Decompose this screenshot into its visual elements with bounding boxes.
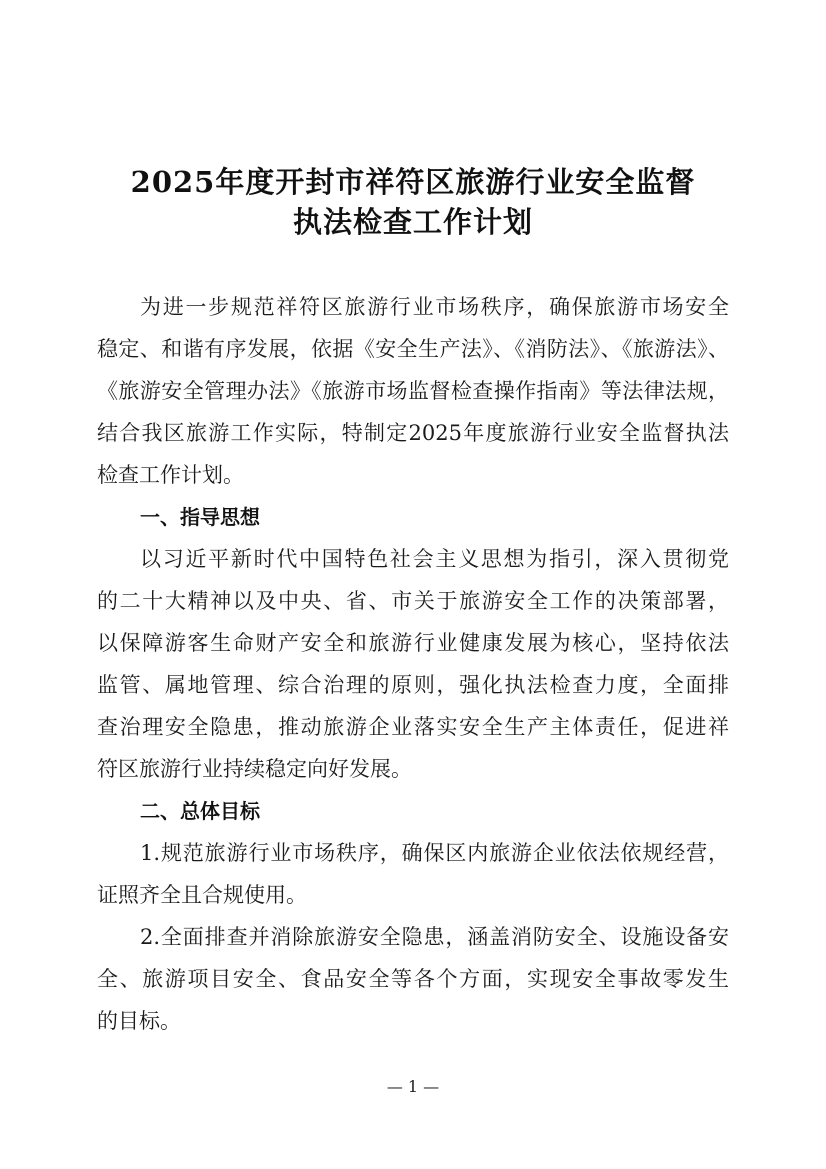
section1-line: 查治理安全隐患，推动旅游企业落实安全生产主体责任，促进祥: [97, 712, 729, 742]
intro-line: 检查工作计划。: [97, 460, 729, 490]
section-heading-overall-goals: 二、总体目标: [140, 796, 260, 826]
intro-line: 为进一步规范祥符区旅游行业市场秩序，确保旅游市场安全: [140, 292, 729, 322]
document-title-line-2: 执法检查工作计划: [0, 200, 826, 241]
goal-2-line: 2.全面排查并消除旅游安全隐患，涵盖消防安全、设施设备安: [140, 922, 729, 952]
section1-line: 的二十大精神以及中央、省、市关于旅游安全工作的决策部署，: [97, 586, 729, 616]
section1-line: 监管、属地管理、综合治理的原则，强化执法检查力度，全面排: [97, 670, 729, 700]
page-number: — 1 —: [0, 1077, 826, 1096]
document-page: 2025年度开封市祥符区旅游行业安全监督 执法检查工作计划 为进一步规范祥符区旅…: [0, 0, 826, 1169]
goal-1-line: 证照齐全且合规使用。: [97, 880, 729, 910]
document-title-line-1: 2025年度开封市祥符区旅游行业安全监督: [0, 160, 826, 201]
goal-2-line: 全、旅游项目安全、食品安全等各个方面，实现安全事故零发生: [97, 964, 729, 994]
intro-line: 稳定、和谐有序发展，依据《安全生产法》、《消防法》、《旅游法》、: [97, 334, 729, 364]
goal-1-line: 1.规范旅游行业市场秩序，确保区内旅游企业依法依规经营，: [140, 838, 729, 868]
section-heading-guiding-thought: 一、指导思想: [140, 502, 260, 532]
goal-2-line: 的目标。: [97, 1006, 729, 1036]
intro-line: 《旅游安全管理办法》《旅游市场监督检查操作指南》等法律法规，: [97, 376, 729, 406]
intro-line: 结合我区旅游工作实际，特制定2025年度旅游行业安全监督执法: [97, 418, 729, 448]
section1-line: 符区旅游行业持续稳定向好发展。: [97, 754, 729, 784]
section1-line: 以习近平新时代中国特色社会主义思想为指引，深入贯彻党: [140, 544, 729, 574]
section1-line: 以保障游客生命财产安全和旅游行业健康发展为核心，坚持依法: [97, 628, 729, 658]
